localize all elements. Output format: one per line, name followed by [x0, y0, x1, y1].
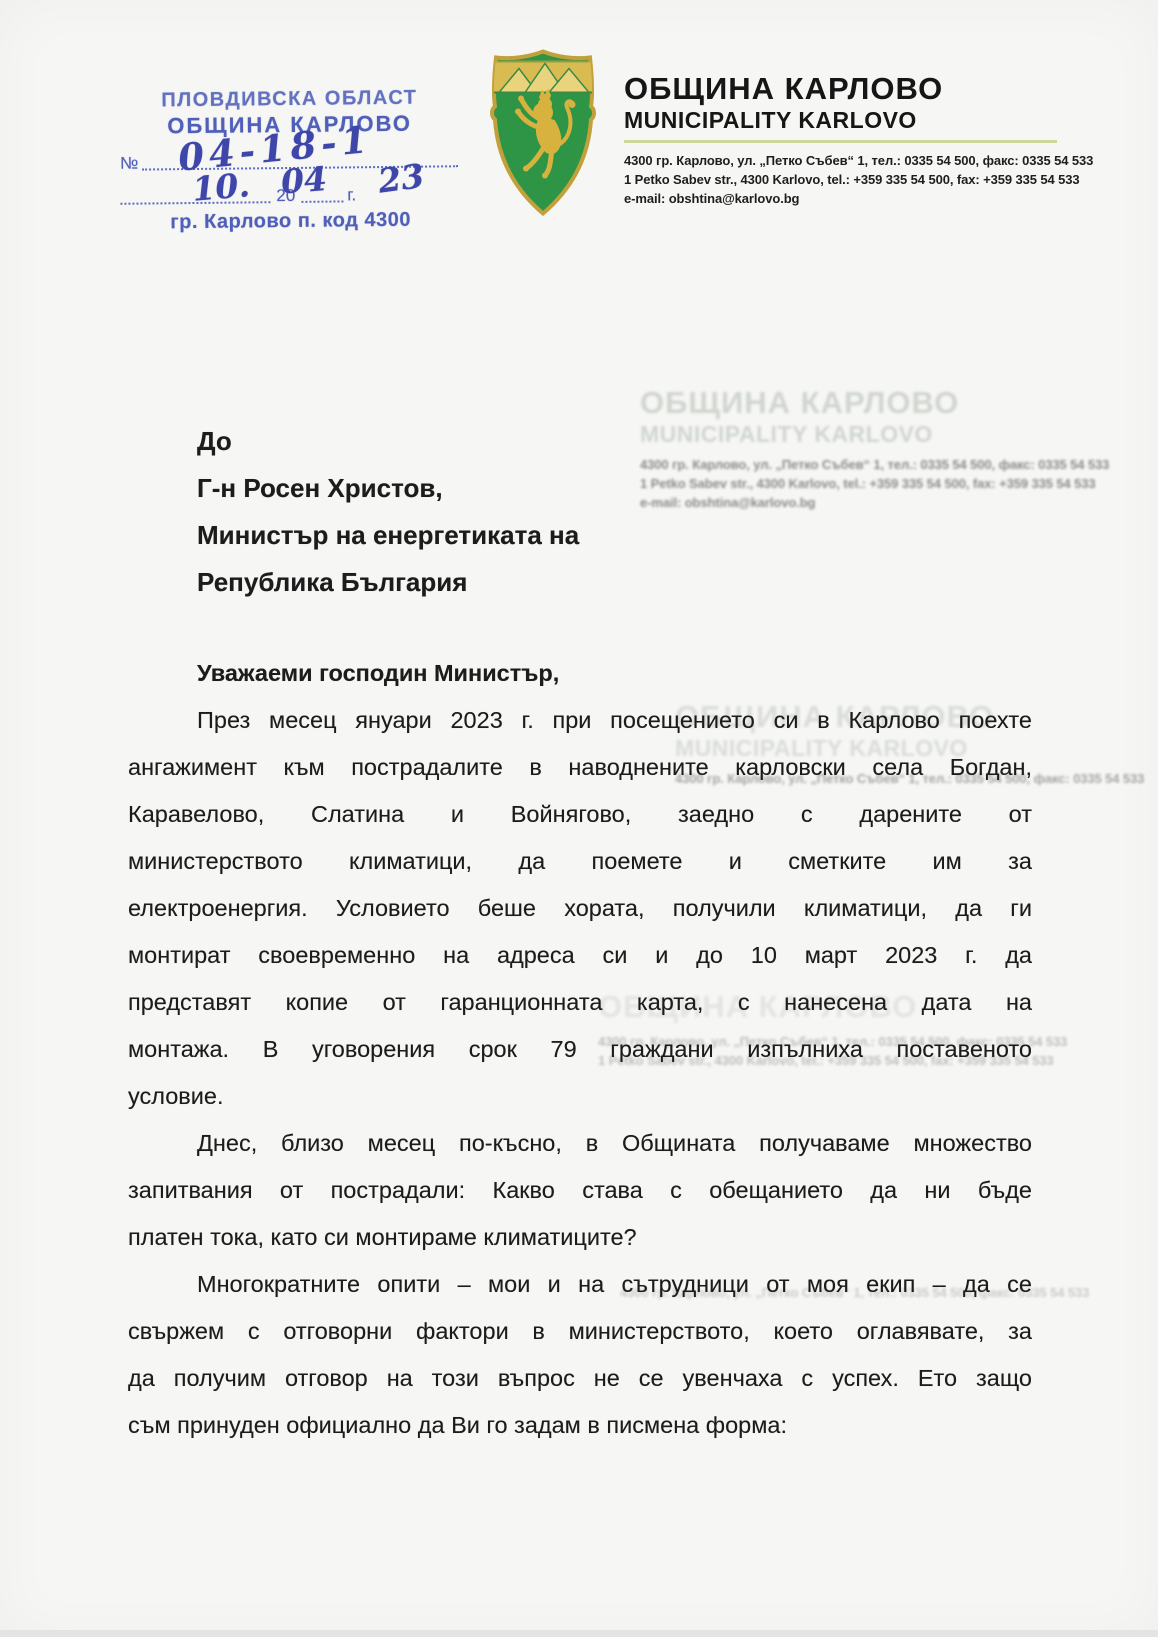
- letterhead-separator: [624, 140, 1057, 143]
- recipient-name: Г-н Росен Христов,: [197, 465, 797, 512]
- body-line: Каравелово, Слатина и Войнягово, заедно …: [128, 791, 1032, 838]
- recipient-title-line1: Министър на енергетиката на: [197, 512, 797, 559]
- salutation: Уважаеми господин Министър,: [128, 650, 1032, 697]
- body-line: министерството климатици, да поемете и с…: [128, 838, 1032, 885]
- stamp-city-line: гр. Карлово п. код 4300: [121, 208, 461, 235]
- stamp-year-handwritten: 23: [376, 156, 427, 201]
- letterhead: ОБЩИНА КАРЛОВО MUNICIPALITY KARLOVO 4300…: [624, 72, 1094, 208]
- registry-stamp: ПЛОВДИВСКА ОБЛАСТ ОБЩИНА КАРЛОВО № 04-18…: [119, 86, 460, 235]
- stamp-number-prefix: №: [120, 154, 138, 174]
- letterhead-email: e-mail: obshtina@karlovo.bg: [624, 189, 1094, 208]
- letterhead-title-en: MUNICIPALITY KARLOVO: [624, 107, 1094, 133]
- recipient-to: До: [197, 418, 797, 465]
- body-line: електроенергия. Условието беше хората, п…: [128, 885, 1032, 932]
- body-line: свържем с отговорни фактори в министерст…: [128, 1308, 1032, 1355]
- body-line: да получим отговор на този въпрос не се …: [128, 1355, 1032, 1402]
- body-line: условие.: [128, 1073, 1032, 1120]
- recipient-title-line2: Република България: [197, 559, 797, 606]
- body-line: Днес, близо месец по-късно, в Общината п…: [128, 1120, 1032, 1167]
- body-line: запитвания от пострадали: Какво става с …: [128, 1167, 1032, 1214]
- stamp-date-suffix: г.: [347, 185, 356, 205]
- letter-body: Уважаеми господин Министър, През месец я…: [128, 650, 1032, 1449]
- body-line: монтират своевременно на адреса си и до …: [128, 932, 1032, 979]
- letterhead-address-bg: 4300 гр. Карлово, ул. „Петко Събев“ 1, т…: [624, 151, 1094, 170]
- stamp-date-row: 20 г. 10. 04 23: [120, 178, 460, 208]
- body-line: Многократните опити – мои и на сътрудниц…: [128, 1261, 1032, 1308]
- letterhead-title-bg: ОБЩИНА КАРЛОВО: [624, 72, 1094, 106]
- scanned-letter-page: ОБЩИНА КАРЛОВО MUNICIPALITY KARLOVO 4300…: [0, 0, 1158, 1637]
- body-line: представят копие от гаранционната карта,…: [128, 979, 1032, 1026]
- body-line: съм принуден официално да Ви го задам в …: [128, 1402, 1032, 1449]
- karlovo-coat-of-arms-icon: [483, 46, 603, 219]
- stamp-region-line: ПЛОВДИВСКА ОБЛАСТ: [119, 86, 459, 113]
- body-line: ангажимент към пострадалите в наводненит…: [128, 744, 1032, 791]
- scan-edge-artifact: [0, 1630, 1158, 1637]
- ghost-title-bg: ОБЩИНА КАРЛОВО: [640, 386, 1109, 420]
- body-line: монтажа. В уговорения срок 79 граждани и…: [128, 1026, 1032, 1073]
- letterhead-address-en: 1 Petko Sabev str., 4300 Karlovo, tel.: …: [624, 170, 1094, 189]
- recipient-block: До Г-н Росен Христов, Министър на енерге…: [197, 418, 797, 606]
- body-line: платен тока, като си монтираме климатици…: [128, 1214, 1032, 1261]
- body-line: През месец януари 2023 г. при посещениет…: [128, 697, 1032, 744]
